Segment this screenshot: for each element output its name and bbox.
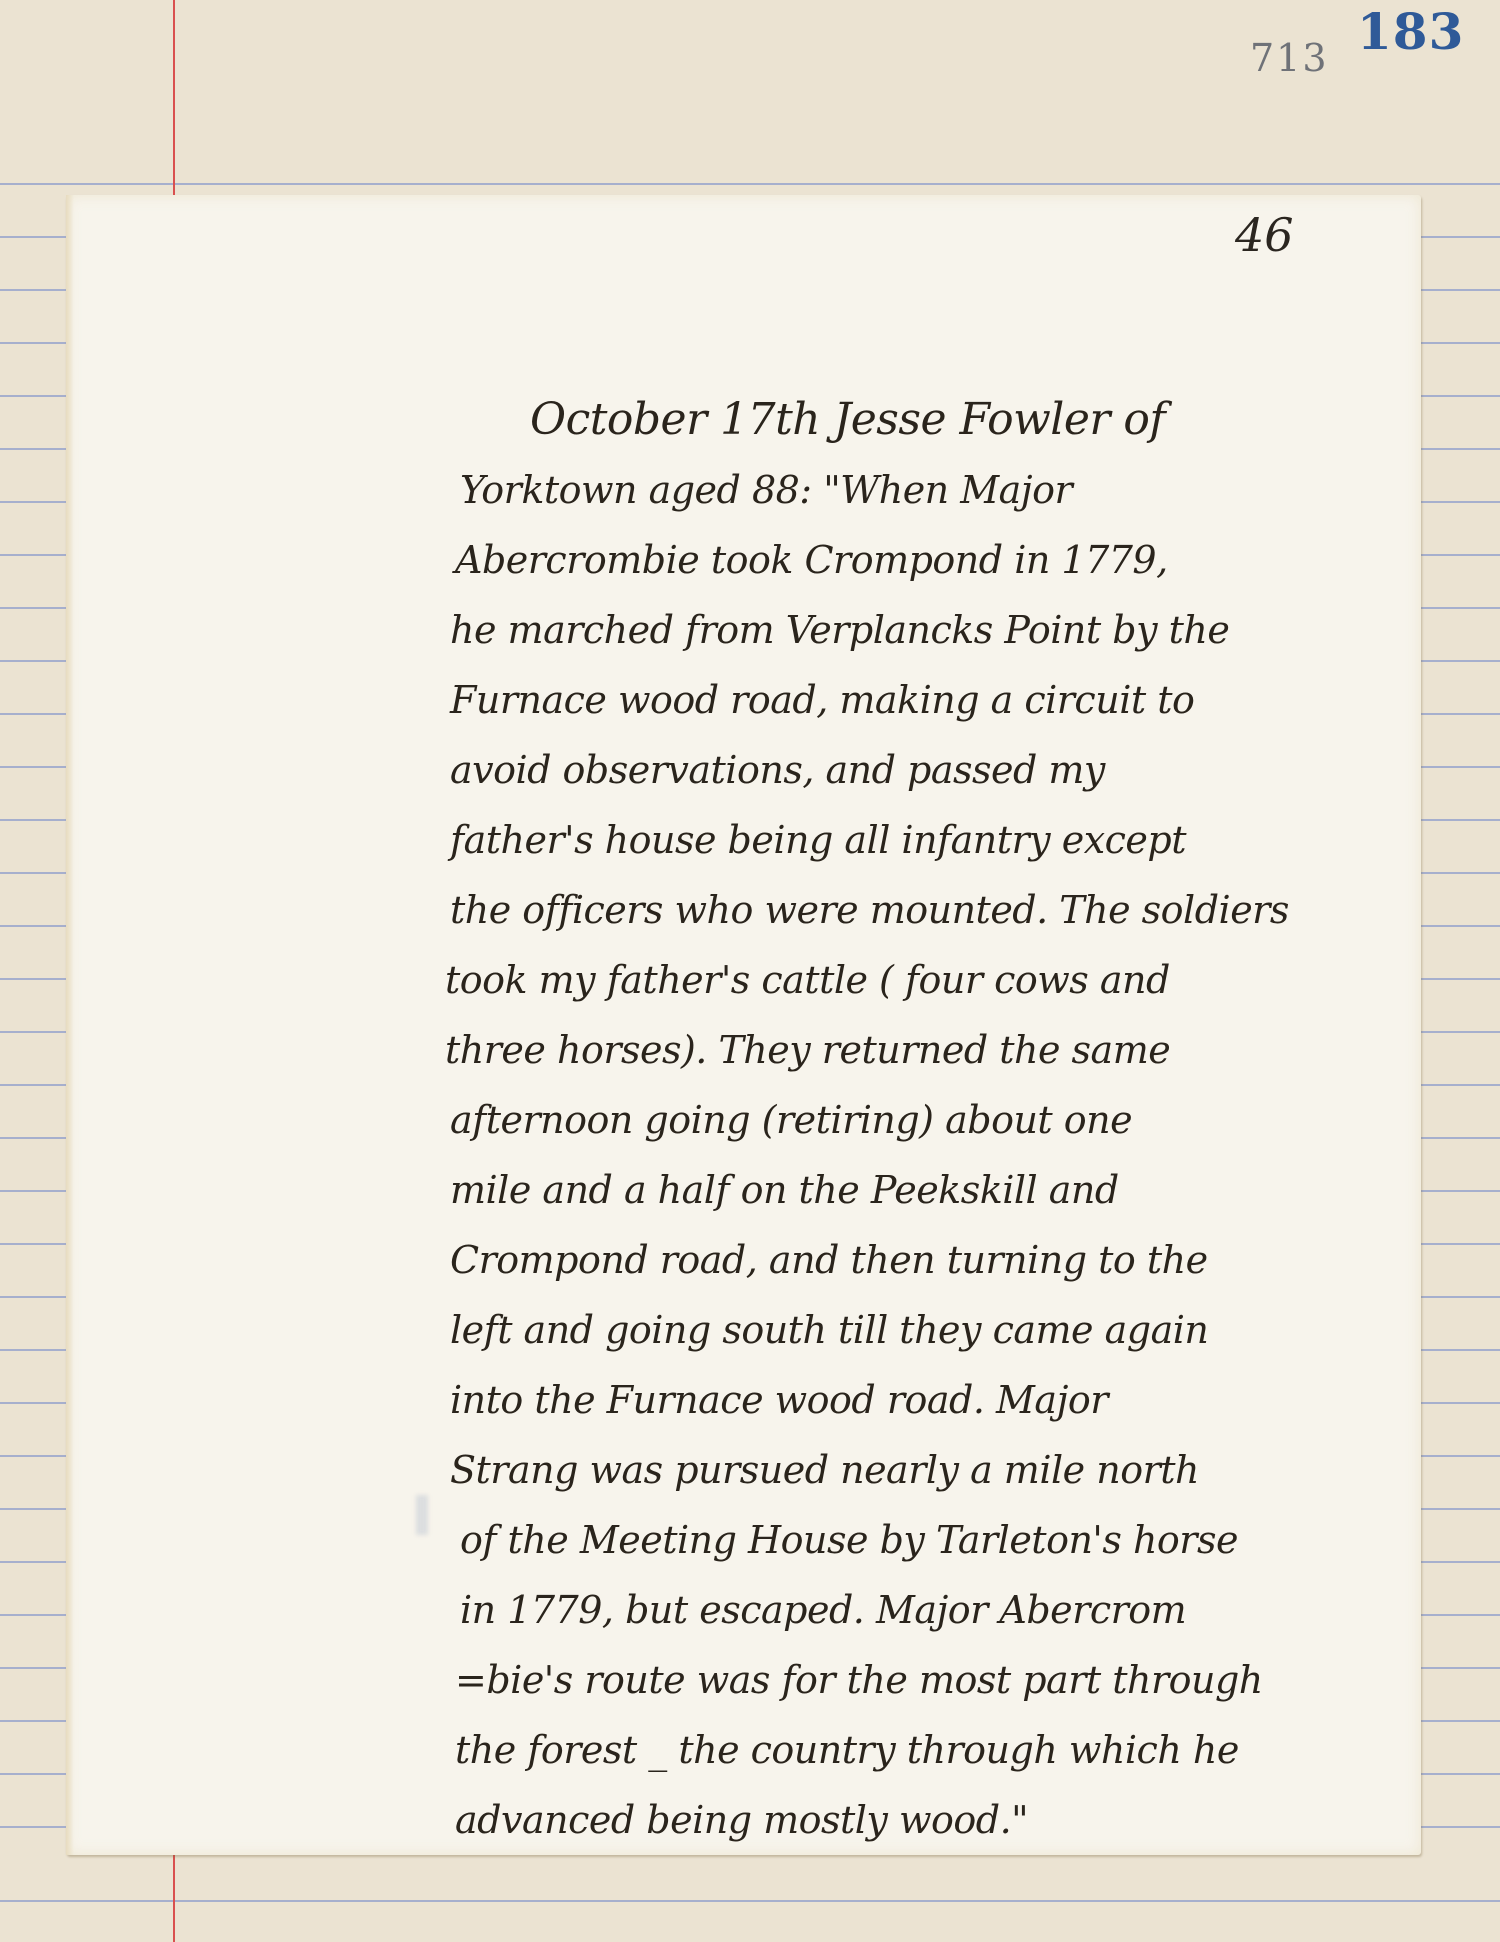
text-line: of the Meeting House by Tarleton's horse: [460, 1505, 1410, 1575]
text-line: mile and a half on the Peekskill and: [450, 1155, 1410, 1225]
text-line: afternoon going (retiring) about one: [450, 1085, 1410, 1155]
text-line: Crompond road, and then turning to the: [450, 1225, 1410, 1295]
text-line: left and going south till they came agai…: [450, 1295, 1410, 1365]
text-line: October 17th Jesse Fowler of: [440, 385, 1410, 455]
ruled-line: [0, 183, 1500, 185]
text-line: father's house being all infantry except: [450, 805, 1410, 875]
text-line: =bie's route was for the most part throu…: [455, 1645, 1410, 1715]
text-line: Abercrombie took Crompond in 1779,: [455, 525, 1410, 595]
smudge-mark: [416, 1495, 428, 1535]
text-line: took my father's cattle ( four cows and: [445, 945, 1410, 1015]
ruled-line: [0, 1900, 1500, 1902]
text-line: he marched from Verplancks Point by the: [450, 595, 1410, 665]
text-line: Strang was pursued nearly a mile north: [450, 1435, 1410, 1505]
text-line: into the Furnace wood road. Major: [450, 1365, 1410, 1435]
text-line: in 1779, but escaped. Major Abercrom: [460, 1575, 1410, 1645]
text-line: avoid observations, and passed my: [450, 735, 1410, 805]
text-line: three horses). They returned the same: [445, 1015, 1410, 1085]
text-line: the forest _ the country through which h…: [455, 1715, 1410, 1785]
manuscript-page-number: 46: [1235, 208, 1294, 262]
text-line: the officers who were mounted. The soldi…: [450, 875, 1410, 945]
text-line: Yorktown aged 88: "When Major: [460, 455, 1410, 525]
text-line: Furnace wood road, making a circuit to: [450, 665, 1410, 735]
sheet-edge-shadow: [66, 195, 74, 1855]
folio-number-stamp: 183: [1357, 2, 1464, 61]
archive-number-stamp: 713: [1250, 36, 1329, 80]
manuscript-text: October 17th Jesse Fowler of Yorktown ag…: [440, 385, 1410, 1855]
text-line: advanced being mostly wood.": [455, 1785, 1410, 1855]
